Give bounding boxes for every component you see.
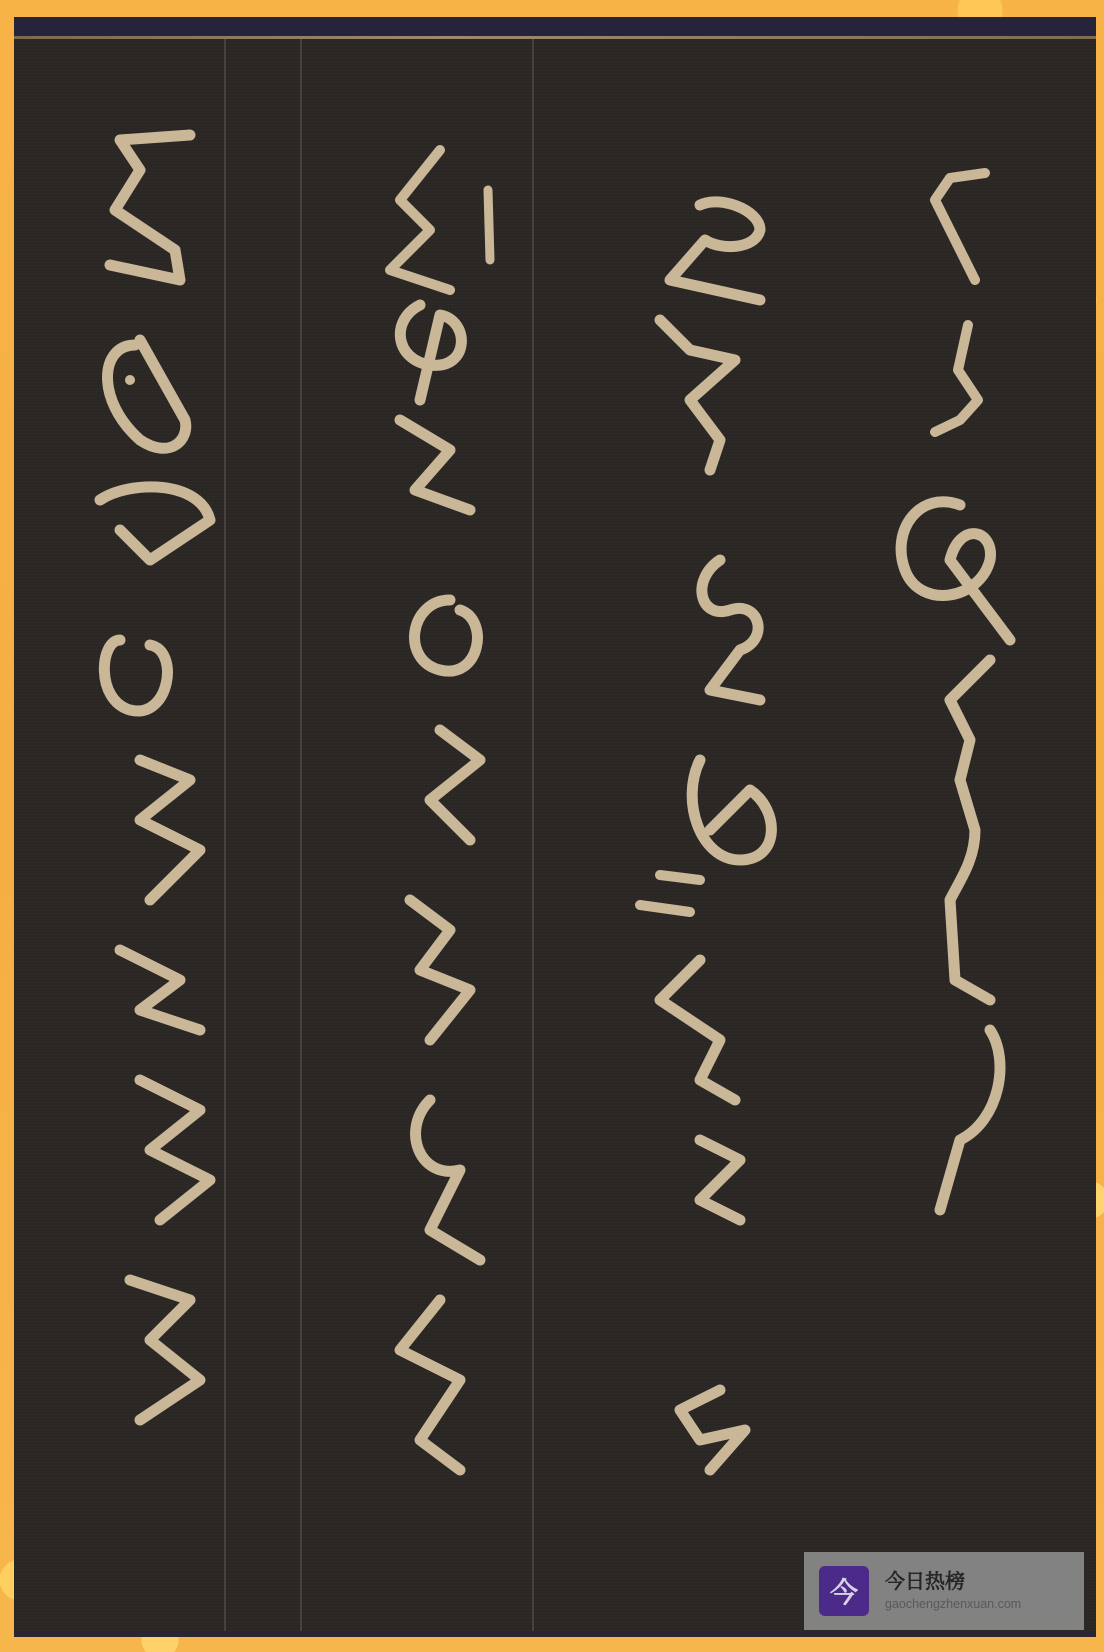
calligraphy-column-1 [901, 173, 1010, 1210]
watermark-badge: 今 今日热榜 gaochengzhenxuan.com [804, 1552, 1084, 1630]
watermark-text: 今日热榜 gaochengzhenxuan.com [885, 1569, 1021, 1613]
watermark-title: 今日热榜 [885, 1569, 1021, 1595]
calligraphy-column-4 [100, 135, 210, 1420]
watermark-url: gaochengzhenxuan.com [885, 1595, 1021, 1613]
calligraphy-column-2 [640, 202, 771, 1470]
watermark-logo-icon: 今 [819, 1566, 869, 1616]
calligraphy-column-3 [390, 150, 490, 1470]
calligraphy-strokes [0, 0, 1104, 1652]
